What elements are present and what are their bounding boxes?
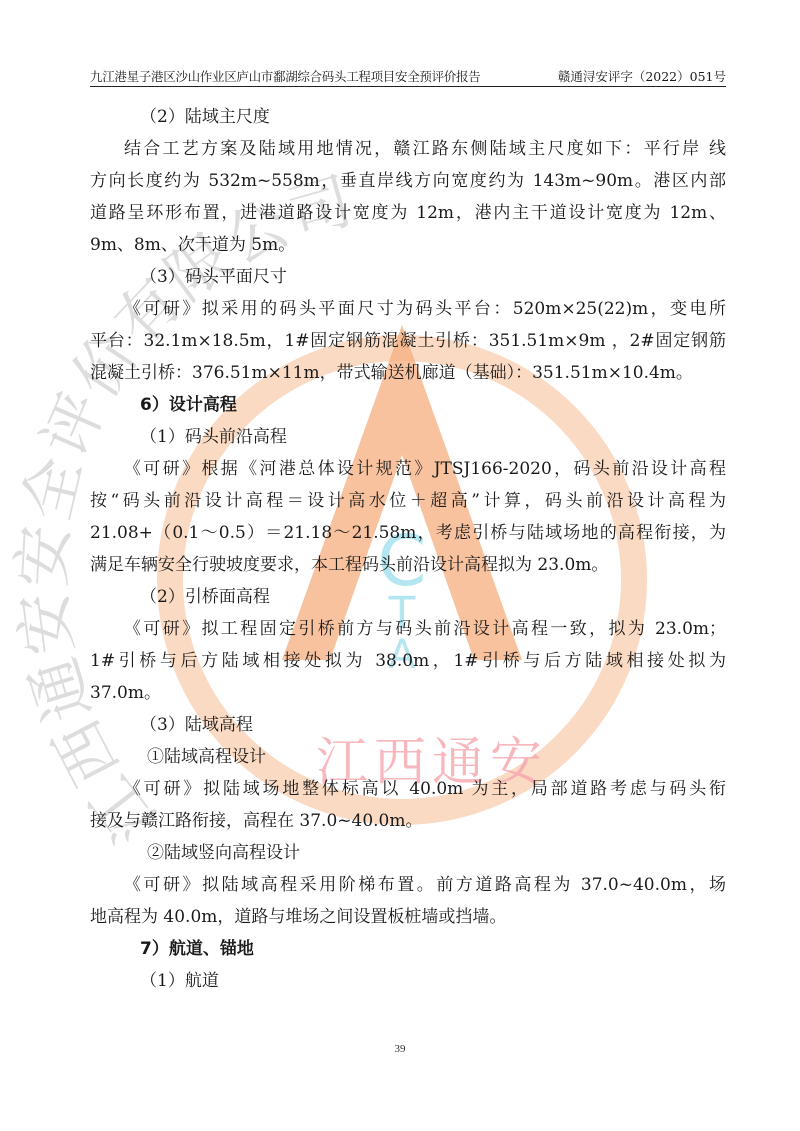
section-subheading: （2）陆域主尺度 — [90, 101, 726, 133]
body-text-line: 《可研》拟采用的码头平面尺寸为码头平台：520m×25(22)m，变电所 — [90, 293, 726, 325]
section-subheading: （1）航道 — [90, 965, 726, 997]
document-number: 赣通浔安评字（2022）051号 — [558, 67, 726, 85]
document-page: C T A 江西通安 江西通安安全评价有限公司 九江港星子港区沙山作业区庐山市鄱… — [0, 0, 800, 1131]
section-subheading: （3）陆域高程 — [90, 709, 726, 741]
page-header: 九江港星子港区沙山作业区庐山市鄱湖综合码头工程项目安全预评价报告 赣通浔安评字（… — [90, 66, 726, 87]
body-text-line: 道路呈环形布置，进港道路设计宽度为 12m，港内主干道设计宽度为 12m、 — [90, 197, 726, 229]
sub-item-heading: ①陆域高程设计 — [90, 741, 726, 773]
body-text-line: 满足车辆安全行驶坡度要求，本工程码头前沿设计高程拟为 23.0m。 — [90, 549, 726, 581]
page-number: 39 — [0, 1043, 800, 1055]
body-text-line: 21.08+（0.1～0.5）＝21.18～21.58m，考虑引桥与陆域场地的高… — [90, 517, 726, 549]
body-text-line: 《可研》拟陆域高程采用阶梯布置。前方道路高程为 37.0~40.0m，场 — [90, 869, 726, 901]
section-heading: 6）设计高程 — [90, 389, 726, 421]
sub-item-heading: ②陆域竖向高程设计 — [90, 837, 726, 869]
section-heading: 7）航道、锚地 — [90, 933, 726, 965]
body-text-line: 按“码头前沿设计高程＝设计高水位＋超高”计算，码头前沿设计高程为 — [90, 485, 726, 517]
report-title: 九江港星子港区沙山作业区庐山市鄱湖综合码头工程项目安全预评价报告 — [90, 67, 480, 85]
body-text-line: 方向长度约为 532m~558m，垂直岸线方向宽度约为 143m~90m。港区内… — [90, 165, 726, 197]
body-text-line: 混凝土引桥：376.51m×11m，带式输送机廊道（基础）：351.51m×10… — [90, 357, 726, 389]
body-text-line: 平台：32.1m×18.5m，1#固定钢筋混凝土引桥：351.51m×9m ，2… — [90, 325, 726, 357]
body-text-line: 接及与赣江路衔接，高程在 37.0~40.0m。 — [90, 805, 726, 837]
body-text-line: 《可研》拟工程固定引桥前方与码头前沿设计高程一致，拟为 23.0m； — [90, 613, 726, 645]
section-subheading: （1）码头前沿高程 — [90, 421, 726, 453]
body-text-line: 《可研》拟陆域场地整体标高以 40.0m 为主，局部道路考虑与码头衔 — [90, 773, 726, 805]
body-text-line: 《可研》根据《河港总体设计规范》JTSJ166-2020，码头前沿设计高程 — [90, 453, 726, 485]
section-subheading: （2）引桥面高程 — [90, 581, 726, 613]
body-text-line: 1#引桥与后方陆域相接处拟为 38.0m，1#引桥与后方陆域相接处拟为 — [90, 645, 726, 677]
body-text-line: 结合工艺方案及陆域用地情况，赣江路东侧陆域主尺度如下：平行岸 线 — [90, 133, 726, 165]
body-text-line: 地高程为 40.0m，道路与堆场之间设置板桩墙或挡墙。 — [90, 901, 726, 933]
body-text-line: 37.0m。 — [90, 677, 726, 709]
section-subheading: （3）码头平面尺寸 — [90, 261, 726, 293]
body-text-line: 9m、8m、次干道为 5m。 — [90, 229, 726, 261]
document-body: （2）陆域主尺度结合工艺方案及陆域用地情况，赣江路东侧陆域主尺度如下：平行岸 线… — [90, 101, 726, 997]
